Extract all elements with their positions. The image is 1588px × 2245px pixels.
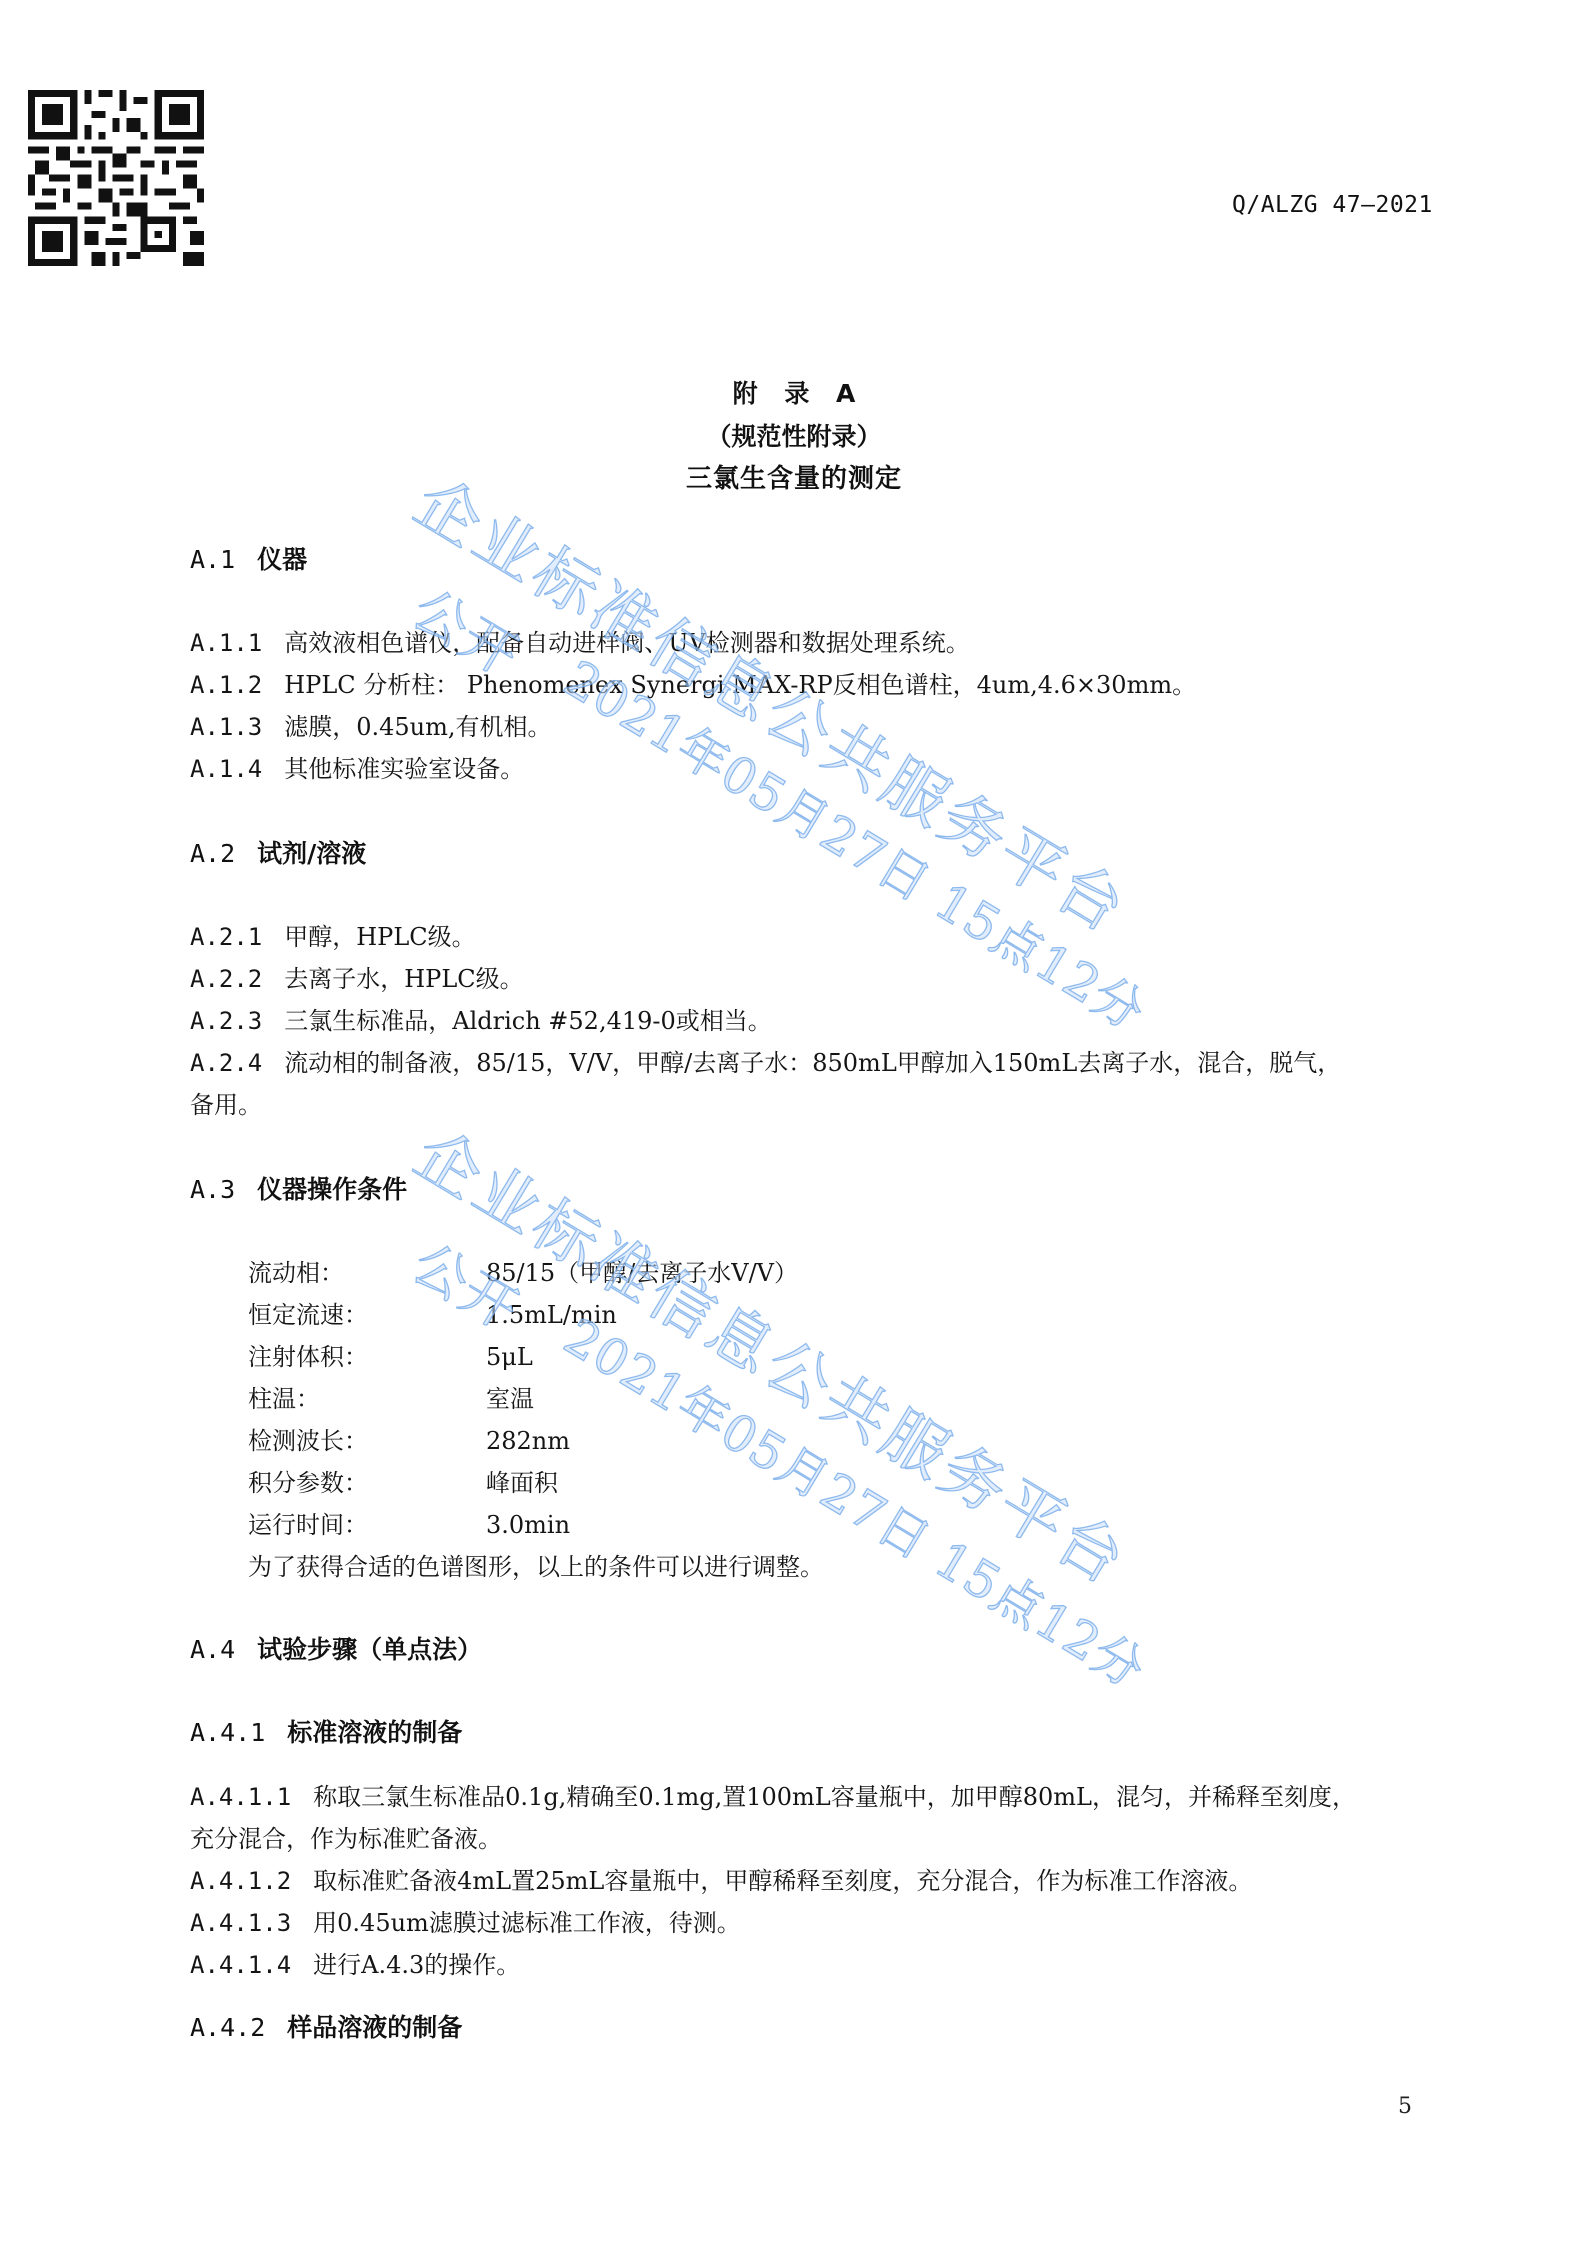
- section-number: A.4.2: [190, 2013, 265, 2042]
- condition-row-injection-volume: 注射体积：5μL: [248, 1336, 824, 1378]
- clause-text: 去离子水，HPLC级。: [284, 965, 523, 993]
- clause-text: 流动相的制备液，85/15，V/V，甲醇/去离子水：850mL甲醇加入150mL…: [284, 1049, 1341, 1077]
- section-heading-a2: A.2试剂/溶液: [190, 834, 366, 870]
- clause-a2-4-continued: 备用。: [190, 1084, 1450, 1126]
- clause-text: 滤膜，0.45um,有机相。: [284, 713, 551, 741]
- clause-text: HPLC 分析柱： Phenomenex Synergi MAX-RP反相色谱柱…: [284, 671, 1196, 699]
- condition-label: 运行时间：: [248, 1504, 486, 1546]
- clause-number: A.4.1.2: [190, 1860, 291, 1902]
- clause-number: A.1.4: [190, 748, 262, 790]
- clause-a1-4: A.1.4其他标准实验室设备。: [190, 748, 1450, 790]
- condition-label: 流动相：: [248, 1252, 486, 1294]
- clause-number: A.4.1.3: [190, 1902, 291, 1944]
- condition-value: 5μL: [486, 1336, 533, 1378]
- clause-number: A.4.1.4: [190, 1944, 291, 1986]
- section-number: A.4.1: [190, 1718, 265, 1747]
- clause-a2-4: A.2.4流动相的制备液，85/15，V/V，甲醇/去离子水：850mL甲醇加入…: [190, 1042, 1450, 1084]
- section-title: 仪器操作条件: [257, 1175, 407, 1204]
- clause-a4-1-4: A.4.1.4进行A.4.3的操作。: [190, 1944, 1450, 1986]
- condition-row-mobile-phase: 流动相：85/15（甲醇/去离子水V/V）: [248, 1252, 824, 1294]
- condition-label: 柱温：: [248, 1378, 486, 1420]
- clause-text: 其他标准实验室设备。: [284, 755, 524, 783]
- section-heading-a4: A.4试验步骤（单点法）: [190, 1630, 482, 1666]
- condition-label: 恒定流速：: [248, 1294, 486, 1336]
- clause-a1-3: A.1.3滤膜，0.45um,有机相。: [190, 706, 1450, 748]
- clause-number: A.2.4: [190, 1042, 262, 1084]
- qr-code-icon: [28, 88, 204, 268]
- clause-number: A.1.1: [190, 622, 262, 664]
- clause-a1-1: A.1.1高效液相色谱仪，配备自动进样阀、UV检测器和数据处理系统。: [190, 622, 1450, 664]
- section-title: 标准溶液的制备: [287, 1718, 462, 1747]
- condition-value: 282nm: [486, 1420, 570, 1462]
- section-title: 试验步骤（单点法）: [257, 1635, 482, 1664]
- appendix-type: （规范性附录）: [0, 417, 1588, 453]
- clause-number: A.1.2: [190, 664, 262, 706]
- clause-a4-1-3: A.4.1.3用0.45um滤膜过滤标准工作液，待测。: [190, 1902, 1450, 1944]
- condition-value: 1.5mL/min: [486, 1294, 617, 1336]
- clause-text: 进行A.4.3的操作。: [313, 1951, 520, 1979]
- clause-number: A.2.3: [190, 1000, 262, 1042]
- clause-text: 三氯生标准品，Aldrich #52,419-0或相当。: [284, 1007, 772, 1035]
- clause-a2-1: A.2.1甲醇，HPLC级。: [190, 916, 1450, 958]
- clause-text: 甲醇，HPLC级。: [284, 923, 475, 951]
- condition-row-wavelength: 检测波长：282nm: [248, 1420, 824, 1462]
- clause-text: 取标准贮备液4mL置25mL容量瓶中，甲醇稀释至刻度，充分混合，作为标准工作溶液…: [313, 1867, 1252, 1895]
- condition-row-run-time: 运行时间：3.0min: [248, 1504, 824, 1546]
- section-title: 试剂/溶液: [257, 839, 366, 868]
- appendix-heading: 附 录 A: [0, 374, 1588, 410]
- clause-a1-2: A.1.2HPLC 分析柱： Phenomenex Synergi MAX-RP…: [190, 664, 1450, 706]
- clause-a2-2: A.2.2去离子水，HPLC级。: [190, 958, 1450, 1000]
- clause-number: A.1.3: [190, 706, 262, 748]
- clause-a4-1-1-continued: 充分混合，作为标准贮备液。: [190, 1818, 1450, 1860]
- condition-label: 注射体积：: [248, 1336, 486, 1378]
- operating-conditions-list: 流动相：85/15（甲醇/去离子水V/V） 恒定流速：1.5mL/min 注射体…: [248, 1252, 824, 1588]
- appendix-title: 三氯生含量的测定: [0, 458, 1588, 495]
- clause-number: A.2.2: [190, 958, 262, 1000]
- section-number: A.4: [190, 1635, 235, 1664]
- section-heading-a1: A.1仪器: [190, 540, 307, 576]
- section-number: A.3: [190, 1175, 235, 1204]
- clause-text: 用0.45um滤膜过滤标准工作液，待测。: [313, 1909, 741, 1937]
- clause-number: A.4.1.1: [190, 1776, 291, 1818]
- clause-a4-1-2: A.4.1.2取标准贮备液4mL置25mL容量瓶中，甲醇稀释至刻度，充分混合，作…: [190, 1860, 1450, 1902]
- condition-value: 3.0min: [486, 1504, 570, 1546]
- clause-a4-1-1: A.4.1.1称取三氯生标准品0.1g,精确至0.1mg,置100mL容量瓶中，…: [190, 1776, 1450, 1818]
- condition-label: 积分参数：: [248, 1462, 486, 1504]
- condition-row-column-temp: 柱温：室温: [248, 1378, 824, 1420]
- subsection-heading-a4-2: A.4.2样品溶液的制备: [190, 2008, 462, 2044]
- condition-value: 室温: [486, 1378, 534, 1420]
- section-number: A.2: [190, 839, 235, 868]
- condition-row-flow-rate: 恒定流速：1.5mL/min: [248, 1294, 824, 1336]
- clause-a2-3: A.2.3三氯生标准品，Aldrich #52,419-0或相当。: [190, 1000, 1450, 1042]
- condition-value: 峰面积: [486, 1462, 558, 1504]
- section-number: A.1: [190, 545, 235, 574]
- clause-number: A.2.1: [190, 916, 262, 958]
- conditions-note: 为了获得合适的色谱图形，以上的条件可以进行调整。: [248, 1546, 824, 1588]
- condition-row-integration: 积分参数：峰面积: [248, 1462, 824, 1504]
- clause-text: 高效液相色谱仪，配备自动进样阀、UV检测器和数据处理系统。: [284, 629, 970, 657]
- standard-number: Q/ALZG 47—2021: [1232, 192, 1433, 218]
- section-title: 仪器: [257, 545, 307, 574]
- condition-label: 检测波长：: [248, 1420, 486, 1462]
- clause-text: 称取三氯生标准品0.1g,精确至0.1mg,置100mL容量瓶中，加甲醇80mL…: [313, 1783, 1356, 1811]
- section-heading-a3: A.3仪器操作条件: [190, 1170, 407, 1206]
- qr-code: [28, 88, 204, 268]
- subsection-heading-a4-1: A.4.1标准溶液的制备: [190, 1713, 462, 1749]
- section-title: 样品溶液的制备: [287, 2013, 462, 2042]
- page-number: 5: [1398, 2094, 1412, 2119]
- condition-value: 85/15（甲醇/去离子水V/V）: [486, 1252, 798, 1294]
